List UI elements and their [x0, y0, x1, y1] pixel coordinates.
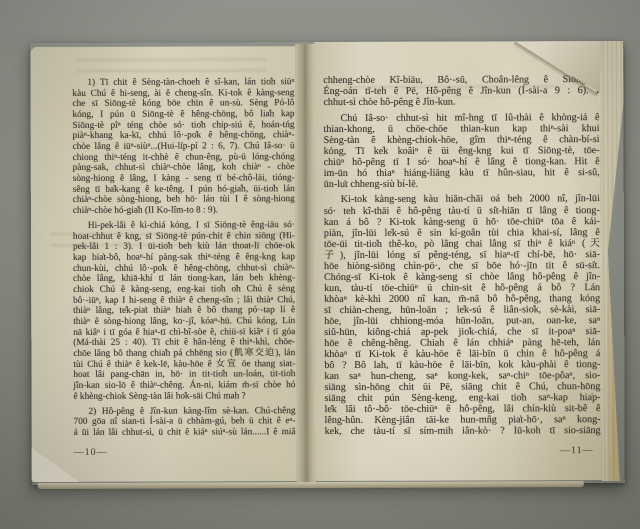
- text-line: thiàⁿ ê sòng-hiong lâng, ko·-jî, kóaⁿ-hū…: [73, 316, 295, 327]
- text-line: kun, tàu-tí tōe-chiūⁿ ū chin-sit ê hô-pê…: [324, 282, 600, 294]
- text-line: kap bia̍t-bô, hoaⁿ-hí pàng-sak thiⁿ-téng…: [73, 252, 295, 263]
- page-number-left: —10—: [74, 447, 108, 458]
- text-line: chòe lâng ê iūⁿ-siùⁿ...(Hui-li̍p-pí 2 : …: [73, 141, 295, 152]
- page-edges: [600, 41, 625, 481]
- page-number-right: —11—: [560, 445, 594, 456]
- text-line: Sèng-tàn ê khèng-chiok-hōe, gîm thiⁿ-tén…: [324, 134, 600, 146]
- right-page-text: chheng-chòe Kî-biāu, Bô·-sū, Choân-lêng …: [323, 74, 600, 437]
- paragraph: Chú Iâ-so· chhut-sì hit mî-hng tī Iû-thà…: [323, 112, 599, 190]
- text-line: (Má-thài 25 : 40). Tī chit ê hân-léng ê …: [73, 337, 295, 348]
- text-line: kóng, I pún ū Siōng-tè ê hêng-chōng, bô …: [72, 109, 294, 120]
- text-line: Hi-pek-lâi ê kì-chiá kóng, I sī Siōng-tè…: [73, 220, 295, 231]
- photo-background: 1) Tī chit ê Sèng-tàn-choeh ê sî-kan, lá…: [0, 0, 640, 529]
- paragraph: 1) Tī chit ê Sèng-tàn-choeh ê sî-kan, lá…: [72, 77, 294, 216]
- text-line: 700 gōa nî sian-ti Í-sài-a ū chhàm-gú, b…: [74, 416, 296, 427]
- text-line: piàn, jîn-lūi le̍k-sú ê sin kí-goân tùi …: [324, 227, 600, 239]
- paragraph: Hi-pek-lâi ê kì-chiá kóng, I sī Siōng-tè…: [73, 220, 296, 402]
- text-line: tōe-ūi tit-tio̍h thê-ko, pò lâng chai lâ…: [324, 238, 600, 250]
- text-line: thiàⁿ lâng, te̍k-pia̍t thiàⁿ hiah ê bô t…: [73, 305, 295, 316]
- text-line: chiàⁿ-chòe sòng-hiong, beh hō· lán tùi I…: [73, 194, 295, 205]
- text-line: Chú Iâ-so· chhut-sì hit mî-hng tī Iû-thà…: [323, 112, 599, 124]
- text-line: chhut-sì chòe hô-pêng ê Jîn-kun.: [323, 96, 599, 108]
- bottom-page-edges: [38, 481, 584, 489]
- left-page-text: 1) Tī chit ê Sèng-tàn-choeh ê sî-kan, lá…: [72, 77, 295, 438]
- left-page: 1) Tī chit ê Sèng-tàn-choeh ê sî-kan, lá…: [30, 46, 297, 482]
- text-line: ūn-lu̍t chheng-siù bí-lē.: [324, 178, 600, 190]
- right-page: chheng-chòe Kî-biāu, Bô·-sū, Choân-lêng …: [314, 41, 602, 481]
- text-line: só· teh kî-thāi ê hô-pêng tàu-tí ū si̍t-…: [324, 205, 600, 217]
- open-book: 1) Tī chit ê Sèng-tàn-choeh ê sî-kan, lá…: [30, 41, 625, 485]
- book-gutter: [295, 44, 316, 482]
- text-line: á ūi lán lâi chhut-sì, ū chit ê kiáⁿ siú…: [74, 427, 296, 438]
- text-line: kek, che tàu-tí sī sím-mih iân-kò· ? Iū-…: [325, 426, 601, 438]
- text-line: hoat lâi pang-chān in, hō· in tit-tio̍h …: [73, 369, 295, 380]
- text-line: Ki-tok kàng-seng kàu hiān-chāi oá beh 20…: [324, 194, 600, 206]
- text-line: sòng-hiong ê lâng, I kàng - seng tī bé-c…: [73, 173, 295, 184]
- paragraph: Ki-tok kàng-seng kàu hiān-chāi oá beh 20…: [324, 194, 601, 438]
- text-line: Chóng-sī Ki-tok ê kàng-seng sī chòe lâng…: [324, 271, 600, 283]
- text-line: che sī Siōng-tè kóng bōe chīn ê un-sù. S…: [72, 98, 294, 109]
- text-line: 1) Tī chit ê Sèng-tàn-choeh ê sî-kan, lá…: [72, 77, 294, 88]
- text-line: pàng-sak, chhut-sì chiàⁿ-chòe lâng, koh …: [73, 162, 295, 173]
- text-line: khòaⁿ kè-khì 2000 nî kan, m̄-nā bô hô-pê…: [324, 293, 600, 305]
- text-line: ê khèng-chiok Sèng-tàn lâi ho̍k-sāi Chú …: [73, 391, 295, 402]
- text-line: im-ūn hó thiaⁿ hiáng-liāng kàu tī hûn-si…: [324, 167, 600, 179]
- text-line: jîn-kan sio-lō ê thiàⁿ-chêng. Án-ni, kiá…: [73, 380, 295, 391]
- paragraph: chheng-chòe Kî-biāu, Bô·-sū, Choân-lêng …: [323, 74, 599, 108]
- text-line: chòe lâng, khiā-khí tī lán tiong-kan, lá…: [73, 273, 295, 284]
- text-line: chiàⁿ-chòe hó-gia̍h (II Ko-lîm-to 8 : 9)…: [73, 205, 295, 216]
- ink-bleedthrough: [76, 58, 266, 75]
- text-line: thian-khong, ū chōe-chōe thian-kun kap t…: [324, 123, 600, 135]
- text-line: chiūⁿ hô-pêng tī I só· hoaⁿ-hí ê lâng ê …: [324, 156, 600, 168]
- text-line: pek-lâi 1 : 3). I ūi-tio̍h beh kiù lán t…: [73, 241, 295, 252]
- text-line: piàⁿ-khang ka-kī, chhú lô·-po̍k ê hêng-c…: [73, 130, 295, 141]
- text-line: chiok Chú ê kàng-seng, eng-kai tio̍h o̍h…: [73, 284, 295, 295]
- text-line: kóng, Tī ke̍k koâiⁿ ê ūi êng-kng kui tī …: [324, 145, 600, 157]
- text-line: 子), jîn-lūi lóng sī pêng-téng, sī hiaⁿ-t…: [324, 249, 600, 261]
- paragraph: 2) Hô-pêng ê Jîn-kun kàng-lîm sè-kan. Ch…: [73, 406, 295, 439]
- text-line: chōe lâng bô thang chia̍h pá chhēng sio …: [73, 348, 295, 359]
- text-line: hōe hiòng-siōng chìn-pō·, che sī bōe hó·…: [324, 260, 600, 272]
- text-line: kan á bô ? Ki-tok kàng-seng ū hō· tōe-ch…: [324, 216, 600, 228]
- text-line: Éng-oán tī-teh ê Pē, Hô-pêng ê Jîn-kun (…: [323, 85, 599, 97]
